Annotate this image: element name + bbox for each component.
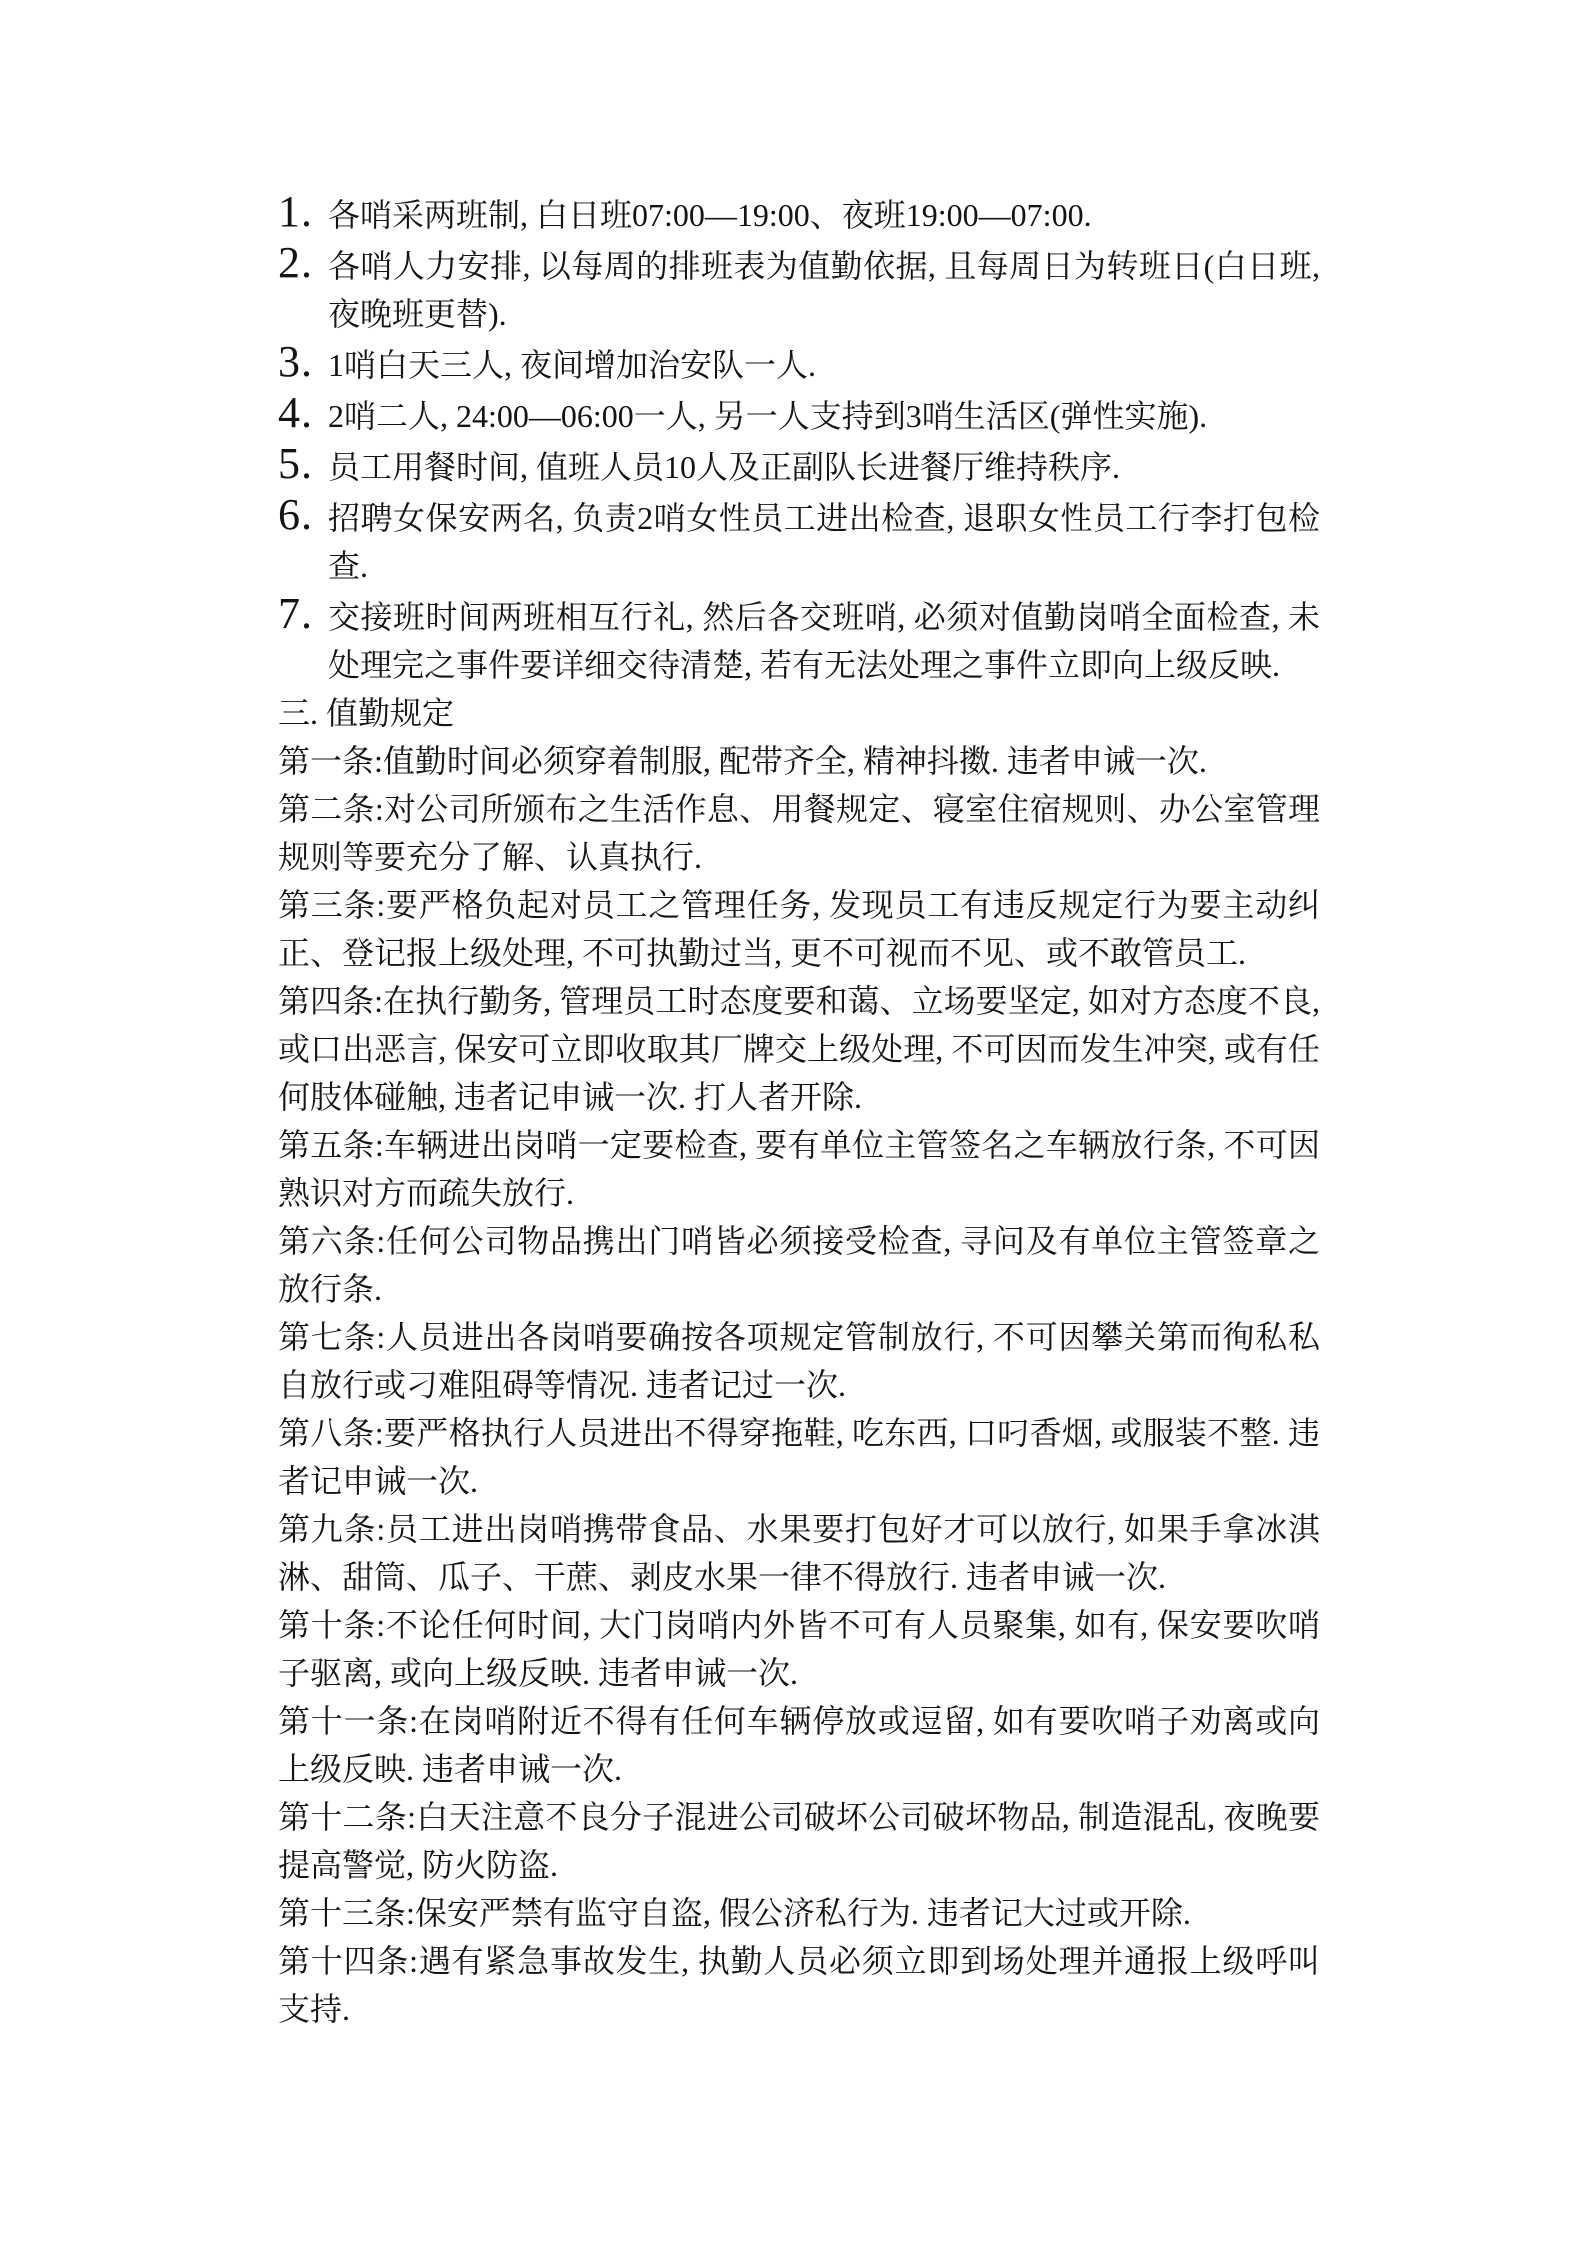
article-label: 第七条: xyxy=(278,1319,385,1355)
article: 第一条:值勤时间必须穿着制服, 配带齐全, 精神抖擞. 违者申诫一次. xyxy=(278,737,1320,785)
article: 第九条:员工进出岗哨携带食品、水果要打包好才可以放行, 如果手拿冰淇淋、甜筒、瓜… xyxy=(278,1505,1320,1601)
document-body: 1. 各哨采两班制, 白日班07:00—19:00、夜班19:00—07:00.… xyxy=(278,188,1320,2033)
item-number: 2. xyxy=(278,239,328,287)
numbered-item: 1. 各哨采两班制, 白日班07:00—19:00、夜班19:00—07:00. xyxy=(278,188,1320,239)
article-label: 第十三条: xyxy=(278,1895,415,1931)
numbered-item: 7. 交接班时间两班相互行礼, 然后各交班哨, 必须对值勤岗哨全面检查, 未处理… xyxy=(278,590,1320,689)
article-label: 第六条: xyxy=(278,1223,385,1259)
article-label: 第二条: xyxy=(278,791,384,827)
article-body: 员工进出岗哨携带食品、水果要打包好才可以放行, 如果手拿冰淇淋、甜筒、瓜子、干蔗… xyxy=(278,1511,1320,1595)
item-text: 2哨二人, 24:00—06:00一人, 另一人支持到3哨生活区(弹性实施). xyxy=(328,392,1320,440)
numbered-item: 2. 各哨人力安排, 以每周的排班表为值勤依据, 且每周日为转班日(白日班, 夜… xyxy=(278,239,1320,338)
numbered-item: 4. 2哨二人, 24:00—06:00一人, 另一人支持到3哨生活区(弹性实施… xyxy=(278,389,1320,440)
article: 第十三条:保安严禁有监守自盗, 假公济私行为. 违者记大过或开除. xyxy=(278,1889,1320,1937)
article-body: 人员进出各岗哨要确按各项规定管制放行, 不可因攀关第而徇私私自放行或刁难阻碍等情… xyxy=(278,1319,1320,1403)
item-text: 员工用餐时间, 值班人员10人及正副队长进餐厅维持秩序. xyxy=(328,443,1320,491)
numbered-item: 6. 招聘女保安两名, 负责2哨女性员工进出检查, 退职女性员工行李打包检查. xyxy=(278,491,1320,590)
article-label: 第三条: xyxy=(278,887,385,923)
article: 第四条:在执行勤务, 管理员工时态度要和蔼、立场要坚定, 如对方态度不良, 或口… xyxy=(278,977,1320,1121)
article: 第十四条:遇有紧急事故发生, 执勤人员必须立即到场处理并通报上级呼叫支持. xyxy=(278,1937,1320,2033)
item-number: 3. xyxy=(278,338,328,386)
item-number: 4. xyxy=(278,389,328,437)
article: 第十一条:在岗哨附近不得有任何车辆停放或逗留, 如有要吹哨子劝离或向上级反映. … xyxy=(278,1697,1320,1793)
article: 第二条:对公司所颁布之生活作息、用餐规定、寝室住宿规则、办公室管理规则等要充分了… xyxy=(278,785,1320,881)
article-body: 对公司所颁布之生活作息、用餐规定、寝室住宿规则、办公室管理规则等要充分了解、认真… xyxy=(278,791,1320,875)
item-text: 1哨白天三人, 夜间增加治安队一人. xyxy=(328,341,1320,389)
article-body: 要严格负起对员工之管理任务, 发现员工有违反规定行为要主动纠正、登记报上级处理,… xyxy=(278,887,1320,971)
article: 第三条:要严格负起对员工之管理任务, 发现员工有违反规定行为要主动纠正、登记报上… xyxy=(278,881,1320,977)
article: 第七条:人员进出各岗哨要确按各项规定管制放行, 不可因攀关第而徇私私自放行或刁难… xyxy=(278,1313,1320,1409)
item-text: 招聘女保安两名, 负责2哨女性员工进出检查, 退职女性员工行李打包检查. xyxy=(328,494,1320,590)
article: 第十二条:白天注意不良分子混进公司破坏公司破坏物品, 制造混乱, 夜晚要提高警觉… xyxy=(278,1793,1320,1889)
article-body: 要严格执行人员进出不得穿拖鞋, 吃东西, 口叼香烟, 或服装不整. 违者记申诫一… xyxy=(278,1415,1320,1499)
numbered-item: 5. 员工用餐时间, 值班人员10人及正副队长进餐厅维持秩序. xyxy=(278,440,1320,491)
article-body: 车辆进出岗哨一定要检查, 要有单位主管签名之车辆放行条, 不可因熟识对方而疏失放… xyxy=(278,1127,1320,1211)
item-text: 交接班时间两班相互行礼, 然后各交班哨, 必须对值勤岗哨全面检查, 未处理完之事… xyxy=(328,593,1320,689)
item-number: 6. xyxy=(278,491,328,539)
article-label: 第九条: xyxy=(278,1511,385,1547)
article-body: 在岗哨附近不得有任何车辆停放或逗留, 如有要吹哨子劝离或向上级反映. 违者申诫一… xyxy=(278,1703,1320,1787)
article: 第五条:车辆进出岗哨一定要检查, 要有单位主管签名之车辆放行条, 不可因熟识对方… xyxy=(278,1121,1320,1217)
article: 第十条:不论任何时间, 大门岗哨内外皆不可有人员聚集, 如有, 保安要吹哨子驱离… xyxy=(278,1601,1320,1697)
item-number: 5. xyxy=(278,440,328,488)
article-label: 第十条: xyxy=(278,1607,385,1643)
section-heading: 三. 值勤规定 xyxy=(278,689,1320,737)
item-number: 1. xyxy=(278,188,328,236)
article-label: 第四条: xyxy=(278,983,383,1019)
article-body: 遇有紧急事故发生, 执勤人员必须立即到场处理并通报上级呼叫支持. xyxy=(278,1943,1320,2027)
item-text: 各哨人力安排, 以每周的排班表为值勤依据, 且每周日为转班日(白日班, 夜晚班更… xyxy=(328,242,1320,338)
document-page: 1. 各哨采两班制, 白日班07:00—19:00、夜班19:00—07:00.… xyxy=(0,0,1587,2245)
article-label: 第十二条: xyxy=(278,1799,416,1835)
numbered-item: 3. 1哨白天三人, 夜间增加治安队一人. xyxy=(278,338,1320,389)
article-label: 第十一条: xyxy=(278,1703,418,1739)
article-label: 第五条: xyxy=(278,1127,384,1163)
article-body: 任何公司物品携出门哨皆必须接受检查, 寻问及有单位主管签章之放行条. xyxy=(278,1223,1320,1307)
article: 第八条:要严格执行人员进出不得穿拖鞋, 吃东西, 口叼香烟, 或服装不整. 违者… xyxy=(278,1409,1320,1505)
article: 第六条:任何公司物品携出门哨皆必须接受检查, 寻问及有单位主管签章之放行条. xyxy=(278,1217,1320,1313)
article-body: 不论任何时间, 大门岗哨内外皆不可有人员聚集, 如有, 保安要吹哨子驱离, 或向… xyxy=(278,1607,1320,1691)
article-label: 第一条: xyxy=(278,743,383,779)
article-body: 白天注意不良分子混进公司破坏公司破坏物品, 制造混乱, 夜晚要提高警觉, 防火防… xyxy=(278,1799,1320,1883)
item-number: 7. xyxy=(278,590,328,638)
article-body: 值勤时间必须穿着制服, 配带齐全, 精神抖擞. 违者申诫一次. xyxy=(383,743,1207,779)
article-body: 在执行勤务, 管理员工时态度要和蔼、立场要坚定, 如对方态度不良, 或口出恶言,… xyxy=(278,983,1320,1115)
article-label: 第八条: xyxy=(278,1415,384,1451)
article-label: 第十四条: xyxy=(278,1943,418,1979)
item-text: 各哨采两班制, 白日班07:00—19:00、夜班19:00—07:00. xyxy=(328,191,1320,239)
article-body: 保安严禁有监守自盗, 假公济私行为. 违者记大过或开除. xyxy=(415,1895,1191,1931)
